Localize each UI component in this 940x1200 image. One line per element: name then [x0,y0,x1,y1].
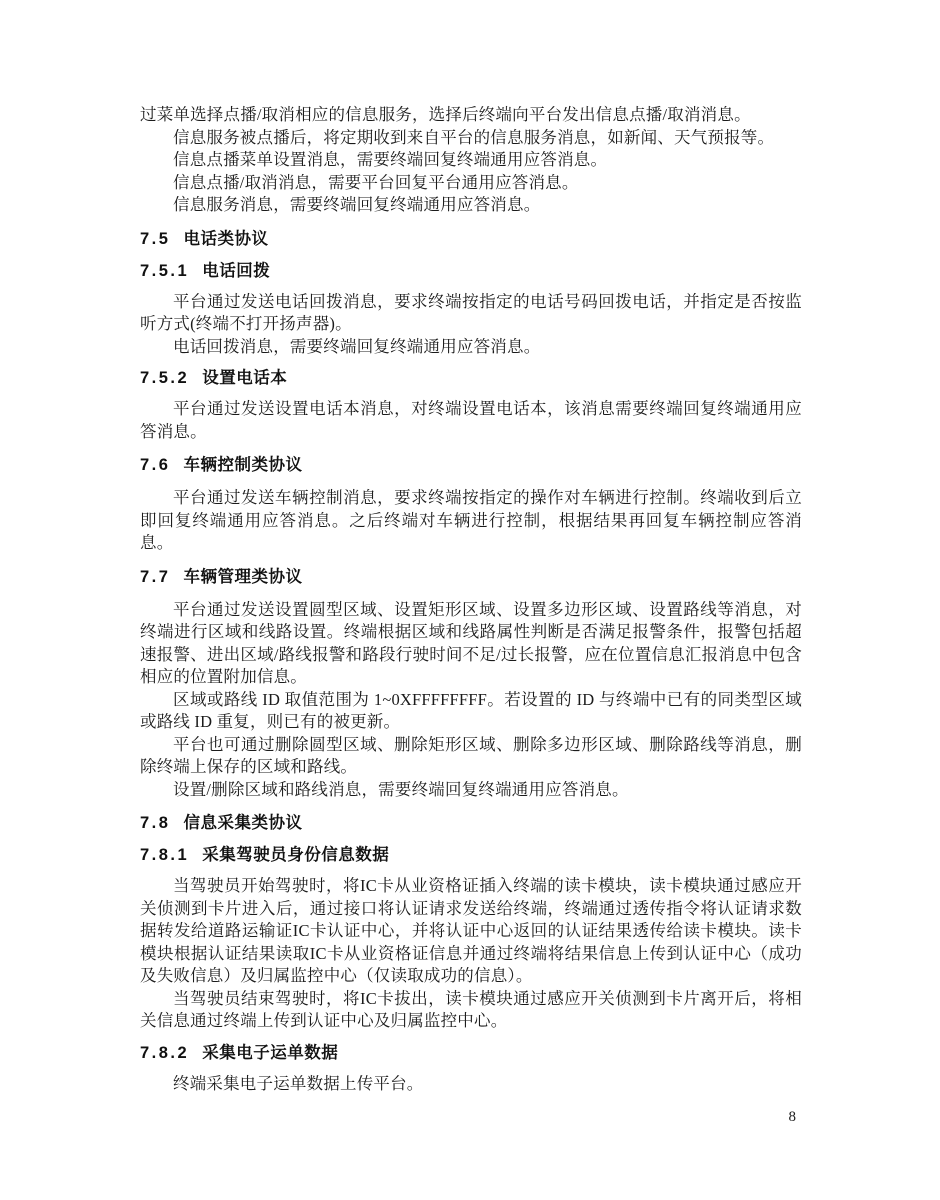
section-heading-7-5-2: 7.5.2设置电话本 [140,368,802,388]
section-title: 采集驾驶员身份信息数据 [202,846,389,864]
paragraph: 平台通过发送车辆控制消息，要求终端按指定的操作对车辆进行控制。终端收到后立即回复… [140,487,802,555]
paragraph: 信息点播/取消消息，需要平台回复平台通用应答消息。 [140,172,802,195]
section-heading-7-5-1: 7.5.1电话回拨 [140,261,802,281]
paragraph: 终端采集电子运单数据上传平台。 [140,1073,802,1096]
section-number: 7.5.1 [140,262,189,280]
section-number: 7.5 [140,230,170,248]
section-number: 7.8.1 [140,846,189,864]
page-number: 8 [140,1108,796,1126]
section-number: 7.5.2 [140,369,189,387]
document-content: 过菜单选择点播/取消相应的信息服务，选择后终端向平台发出信息点播/取消消息。信息… [140,104,802,1095]
paragraph: 当驾驶员开始驾驶时，将IC卡从业资格证插入终端的读卡模块，读卡模块通过感应开关侦… [140,875,802,988]
paragraph: 电话回拨消息，需要终端回复终端通用应答消息。 [140,336,802,359]
paragraph: 平台也可通过删除圆型区域、删除矩形区域、删除多边形区域、删除路线等消息，删除终端… [140,734,802,779]
section-title: 电话回拨 [202,262,270,280]
section-heading-7-7: 7.7车辆管理类协议 [140,567,802,587]
paragraph: 设置/删除区域和路线消息，需要终端回复终端通用应答消息。 [140,779,802,802]
section-number: 7.7 [140,568,170,586]
paragraph: 平台通过发送设置圆型区域、设置矩形区域、设置多边形区域、设置路线等消息，对终端进… [140,599,802,689]
paragraph: 区域或路线 ID 取值范围为 1~0XFFFFFFFF。若设置的 ID 与终端中… [140,689,802,734]
section-number: 7.6 [140,456,170,474]
section-heading-7-6: 7.6车辆控制类协议 [140,455,802,475]
section-title: 电话类协议 [183,230,268,248]
section-heading-7-8-2: 7.8.2采集电子运单数据 [140,1043,802,1063]
section-heading-7-8-1: 7.8.1采集驾驶员身份信息数据 [140,845,802,865]
section-heading-7-5: 7.5电话类协议 [140,229,802,249]
section-title: 车辆控制类协议 [183,456,302,474]
paragraph: 当驾驶员结束驾驶时，将IC卡拔出，读卡模块通过感应开关侦测到卡片离开后，将相关信… [140,988,802,1033]
section-title: 信息采集类协议 [183,814,302,832]
paragraph: 平台通过发送设置电话本消息，对终端设置电话本，该消息需要终端回复终端通用应答消息… [140,398,802,443]
section-title: 采集电子运单数据 [202,1044,338,1062]
paragraph: 信息服务消息，需要终端回复终端通用应答消息。 [140,194,802,217]
document-page: 过菜单选择点播/取消相应的信息服务，选择后终端向平台发出信息点播/取消消息。信息… [0,0,940,1200]
section-title: 设置电话本 [202,369,287,387]
paragraph: 过菜单选择点播/取消相应的信息服务，选择后终端向平台发出信息点播/取消消息。 [140,104,802,127]
section-number: 7.8.2 [140,1044,189,1062]
section-number: 7.8 [140,814,170,832]
section-title: 车辆管理类协议 [183,568,302,586]
paragraph: 信息点播菜单设置消息，需要终端回复终端通用应答消息。 [140,149,802,172]
paragraph: 平台通过发送电话回拨消息，要求终端按指定的电话号码回拨电话，并指定是否按监听方式… [140,291,802,336]
section-heading-7-8: 7.8信息采集类协议 [140,813,802,833]
paragraph: 信息服务被点播后，将定期收到来自平台的信息服务消息，如新闻、天气预报等。 [140,127,802,150]
